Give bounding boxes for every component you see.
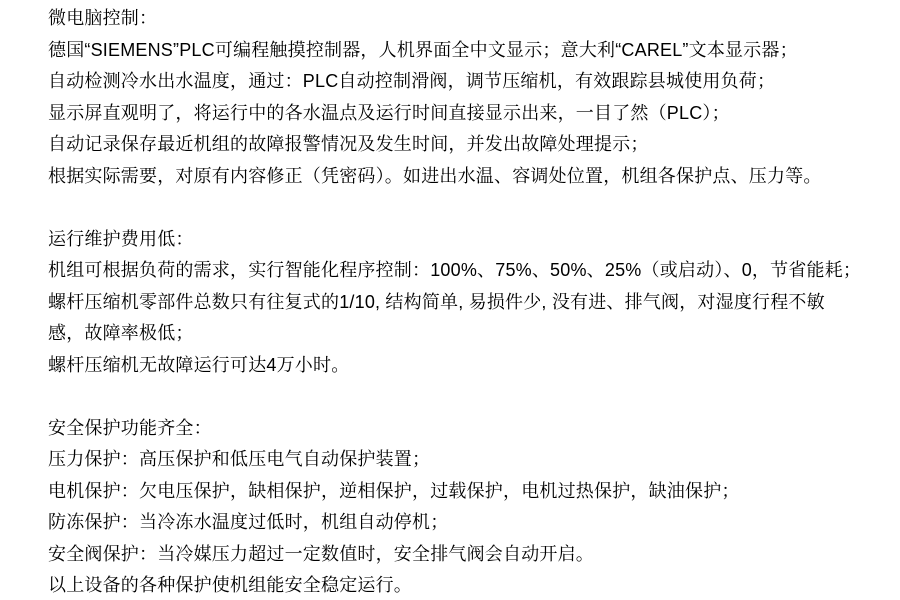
text-line: 自动记录保存最近机组的故障报警情况及发生时间，并发出故障处理提示； [48,129,890,161]
section-heading: 微电脑控制： [48,3,890,35]
section-heading: 安全保护功能齐全： [48,413,890,445]
section-microcomputer-control: 微电脑控制： 德国“SIEMENS”PLC可编程触摸控制器，人机界面全中文显示；… [48,3,890,192]
section-low-maintenance-cost: 运行维护费用低： 机组可根据负荷的需求，实行智能化程序控制：100%、75%、5… [48,224,890,382]
section-heading: 运行维护费用低： [48,224,890,256]
text-line: 防冻保护：当冷冻水温度过低时，机组自动停机； [48,507,890,539]
text-line: 德国“SIEMENS”PLC可编程触摸控制器，人机界面全中文显示；意大利“CAR… [48,35,890,67]
text-line: 感，故障率极低； [48,318,890,350]
text-line: 机组可根据负荷的需求，实行智能化程序控制：100%、75%、50%、25%（或启… [48,255,890,287]
text-line: 电机保护：欠电压保护，缺相保护，逆相保护，过载保护，电机过热保护，缺油保护； [48,476,890,508]
text-line: 安全阀保护：当冷媒压力超过一定数值时，安全排气阀会自动开启。 [48,539,890,571]
text-line: 显示屏直观明了，将运行中的各水温点及运行时间直接显示出来，一目了然（PLC）； [48,98,890,130]
text-line: 螺杆压缩机无故障运行可达4万小时。 [48,350,890,382]
document-body: 微电脑控制： 德国“SIEMENS”PLC可编程触摸控制器，人机界面全中文显示；… [0,0,900,600]
text-line: 以上设备的各种保护使机组能安全稳定运行。 [48,570,890,600]
text-line: 压力保护：高压保护和低压电气自动保护装置； [48,444,890,476]
text-line: 自动检测冷水出水温度，通过：PLC自动控制滑阀，调节压缩机，有效跟踪县城使用负荷… [48,66,890,98]
section-safety-protection: 安全保护功能齐全： 压力保护：高压保护和低压电气自动保护装置； 电机保护：欠电压… [48,413,890,600]
text-line: 螺杆压缩机零部件总数只有往复式的1/10, 结构简单, 易损件少, 没有进、排气… [48,287,890,319]
text-line: 根据实际需要，对原有内容修正（凭密码）。如进出水温、容调处位置，机组各保护点、压… [48,161,890,193]
